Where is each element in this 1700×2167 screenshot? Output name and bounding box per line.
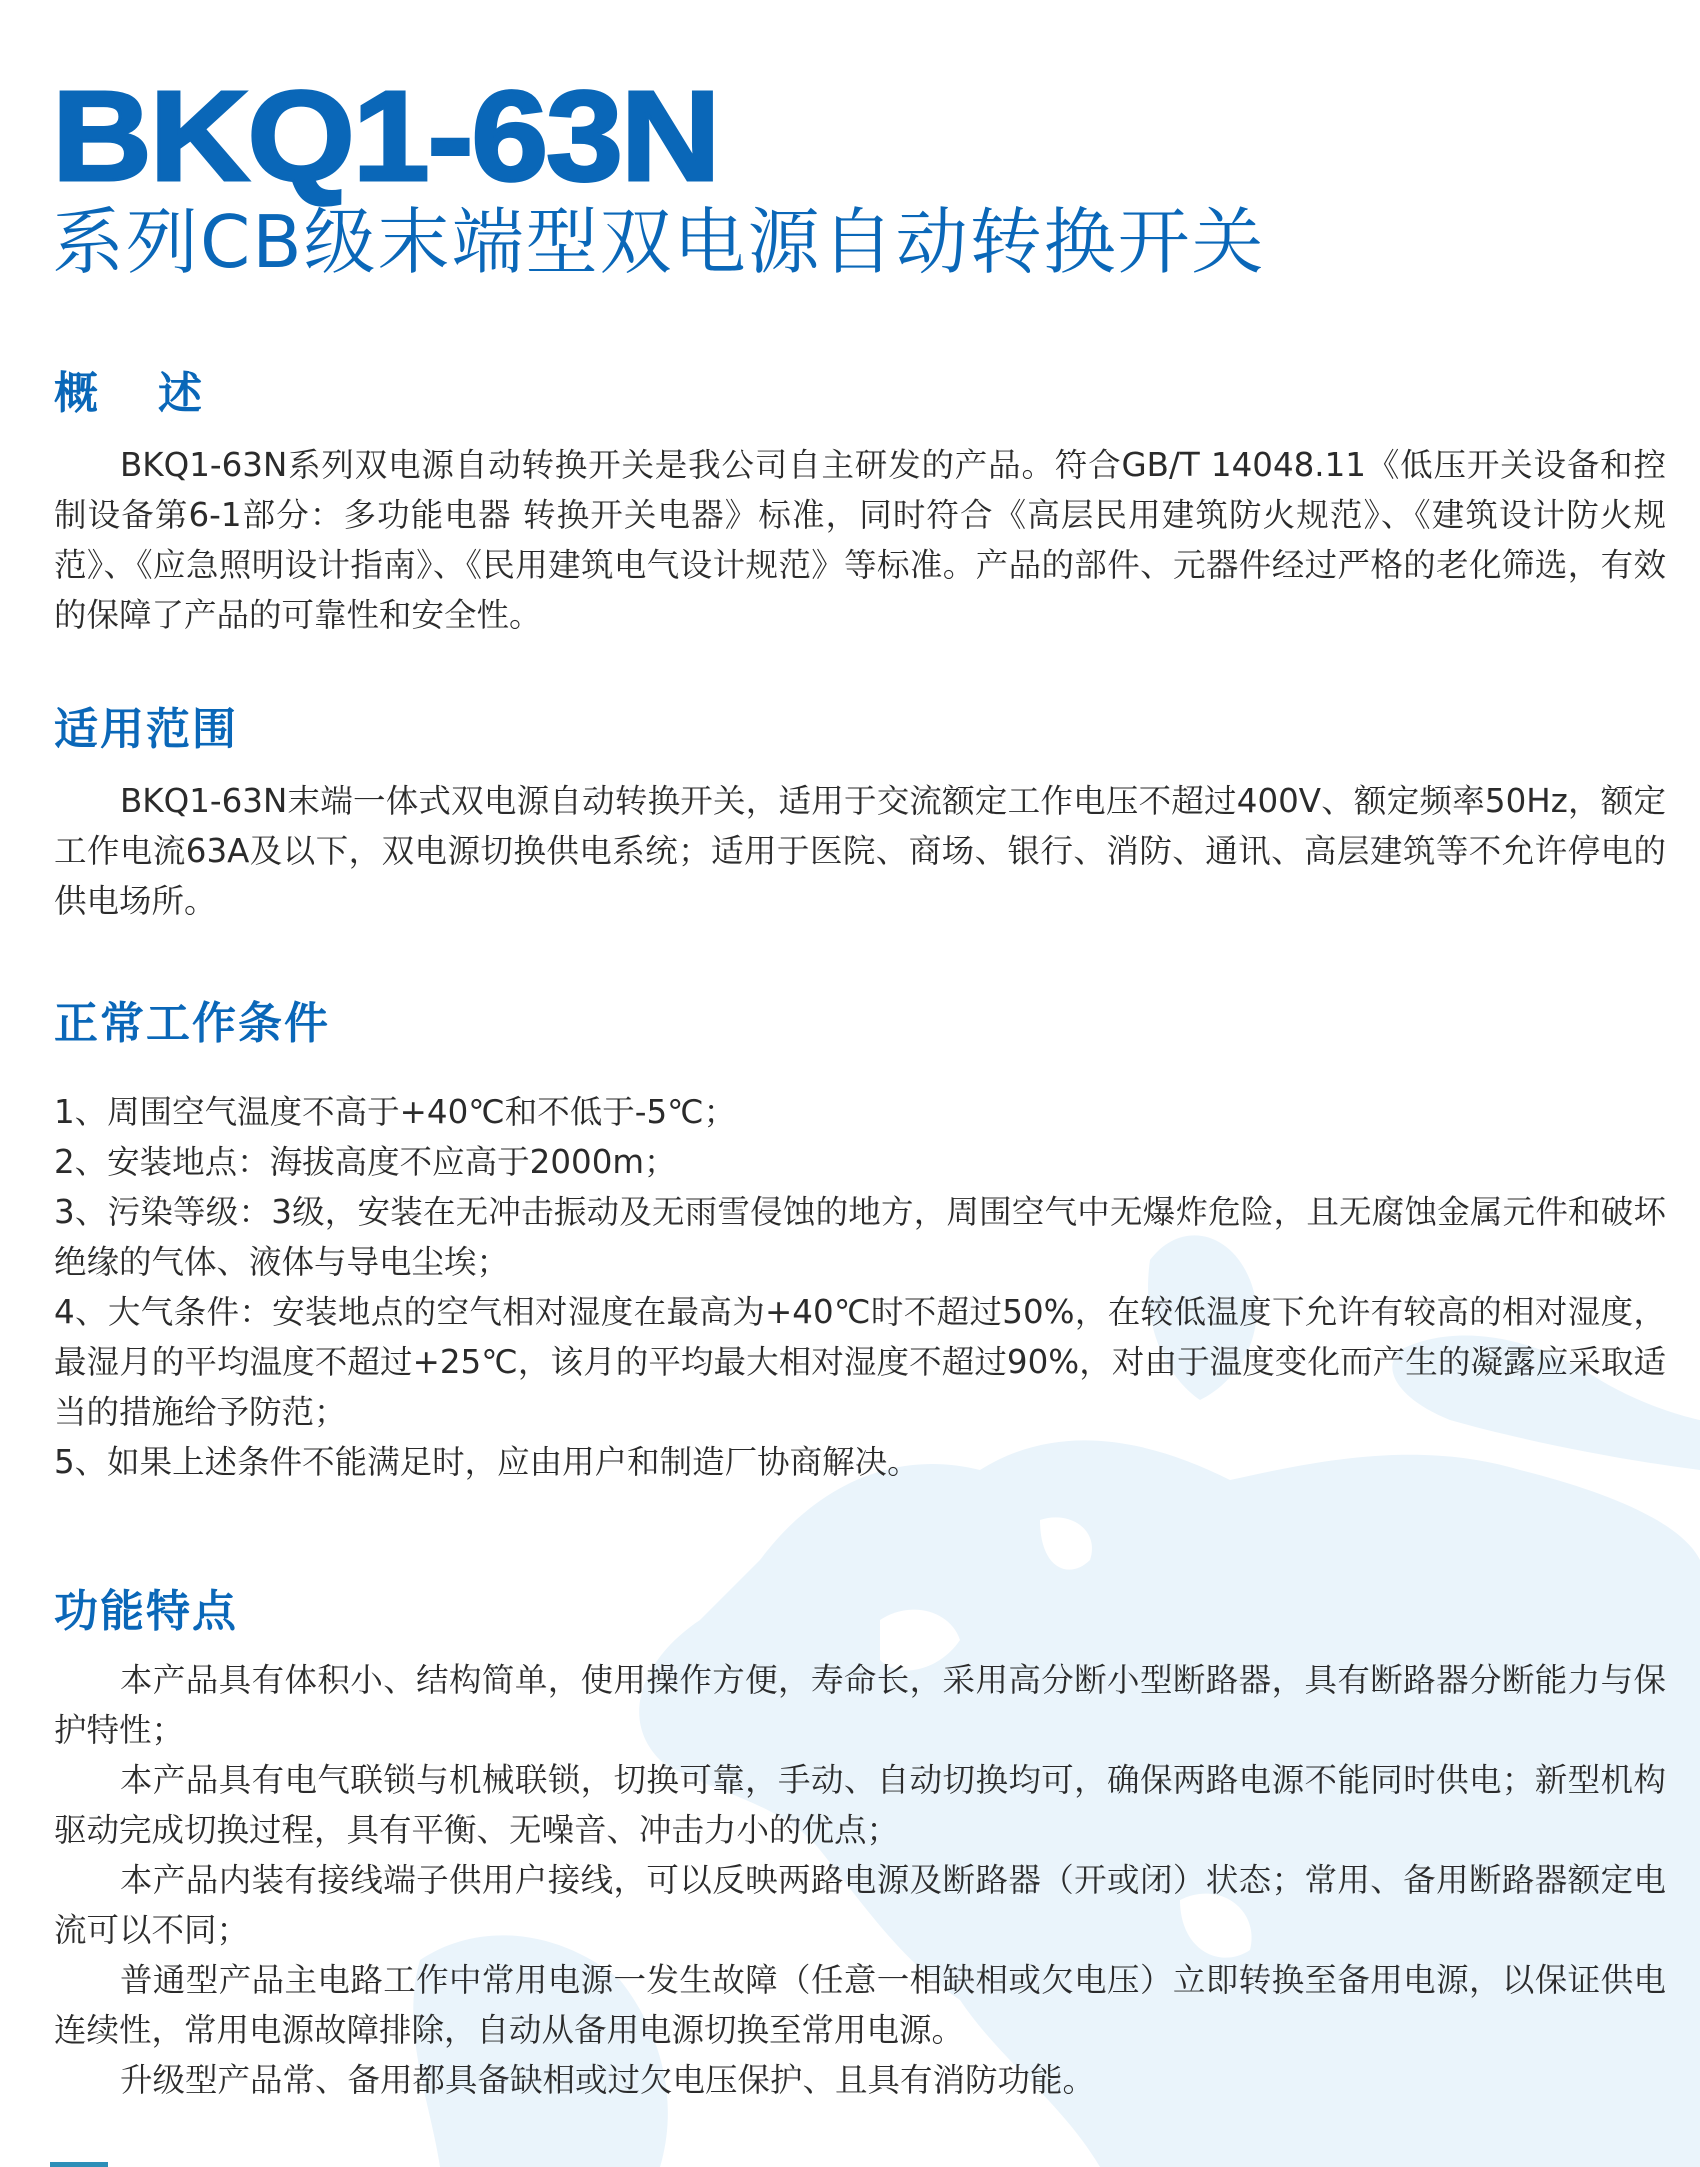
overview-paragraph: BKQ1-63N系列双电源自动转换开关是我公司自主研发的产品。符合GB/T 14… [54, 440, 1666, 640]
feature-3: 本产品内装有接线端子供用户接线，可以反映两路电源及断路器（开或闭）状态；常用、备… [54, 1855, 1666, 1955]
features-paragraphs: 本产品具有体积小、结构简单，使用操作方便，寿命长，采用高分断小型断路器，具有断路… [54, 1655, 1666, 2105]
overview-text: BKQ1-63N系列双电源自动转换开关是我公司自主研发的产品。符合GB/T 14… [54, 440, 1666, 640]
model-title: BKQ1-63N [52, 82, 718, 192]
condition-item-3: 3、污染等级：3级，安装在无冲击振动及无雨雪侵蚀的地方，周围空气中无爆炸危险，且… [54, 1187, 1666, 1287]
operating-conditions-list: 1、周围空气温度不高于+40℃和不低于-5℃； 2、安装地点：海拔高度不应高于2… [54, 1087, 1666, 1487]
condition-item-1: 1、周围空气温度不高于+40℃和不低于-5℃； [54, 1087, 1666, 1137]
feature-1: 本产品具有体积小、结构简单，使用操作方便，寿命长，采用高分断小型断路器，具有断路… [54, 1655, 1666, 1755]
condition-item-4: 4、大气条件：安装地点的空气相对湿度在最高为+40℃时不超过50%，在较低温度下… [54, 1287, 1666, 1437]
section-title-features: 功能特点 [54, 1586, 238, 1638]
footer-accent-bar [50, 2162, 108, 2167]
section-title-overview: 概述 [54, 368, 262, 420]
feature-2: 本产品具有电气联锁与机械联锁，切换可靠，手动、自动切换均可，确保两路电源不能同时… [54, 1755, 1666, 1855]
section-title-application-scope: 适用范围 [54, 704, 238, 756]
product-subtitle: 系列CB级末端型双电源自动转换开关 [52, 200, 1266, 284]
application-scope-paragraph: BKQ1-63N末端一体式双电源自动转换开关，适用于交流额定工作电压不超过400… [54, 776, 1666, 926]
feature-4: 普通型产品主电路工作中常用电源一发生故障（任意一相缺相或欠电压）立即转换至备用电… [54, 1955, 1666, 2055]
section-title-operating-conditions: 正常工作条件 [54, 998, 330, 1050]
application-scope-text: BKQ1-63N末端一体式双电源自动转换开关，适用于交流额定工作电压不超过400… [54, 776, 1666, 926]
condition-item-5: 5、如果上述条件不能满足时，应由用户和制造厂协商解决。 [54, 1437, 1666, 1487]
condition-item-2: 2、安装地点：海拔高度不应高于2000m； [54, 1137, 1666, 1187]
feature-5: 升级型产品常、备用都具备缺相或过欠电压保护、且具有消防功能。 [54, 2055, 1666, 2105]
